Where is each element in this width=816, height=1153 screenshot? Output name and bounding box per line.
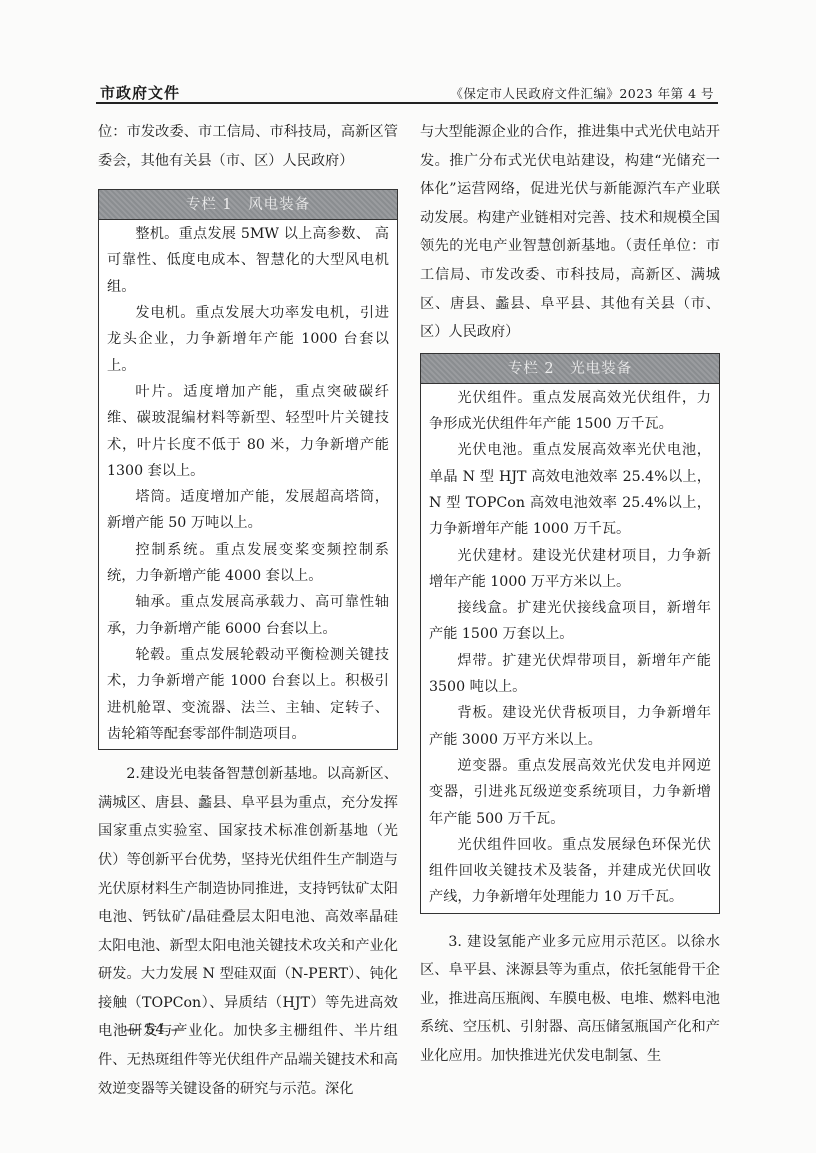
box-item: 接线盒。扩建光伏接线盒项目，新增年产能 1500 万套以上。 — [429, 595, 711, 648]
page-number: — 54 — — [125, 1022, 186, 1038]
box-item: 发电机。重点发展大功率发电机，引进龙头企业，力争新增年产能 1000 台套以上。 — [107, 300, 389, 379]
box-item: 光伏组件。重点发展高效光伏组件，力争形成光伏组件年产能 1500 万千瓦。 — [429, 385, 711, 438]
box-item: 塔筒。适度增加产能，发展超高塔筒，新增产能 50 万吨以上。 — [107, 484, 389, 537]
box-wind-power-equipment: 专栏 1 风电装备 整机。重点发展 5MW 以上高参数、 高可靠性、低度电成本、… — [98, 189, 398, 750]
box-item: 控制系统。重点发展变桨变频控制系统，力争新增产能 4000 套以上。 — [107, 537, 389, 590]
box-item: 逆变器。重点发展高效光伏发电并网逆变器，引进兆瓦级逆变系统项目，力争新增年产能 … — [429, 753, 711, 832]
box-item: 光伏电池。重点发展高效率光伏电池，单晶 N 型 HJT 高效电池效率 25.4%… — [429, 437, 711, 542]
box-item: 光伏建材。建设光伏建材项目，力争新增年产能 1000 万平方米以上。 — [429, 543, 711, 596]
section-2-paragraph: 2.建设光电装备智慧创新基地。以高新区、满城区、唐县、蠡县、阜平县为重点，充分发… — [98, 760, 398, 1103]
box-item: 轴承。重点发展高承载力、高可靠性轴承，力争新增产能 6000 台套以上。 — [107, 589, 389, 642]
page-header: 市政府文件 《保定市人民政府文件汇编》2023 年第 4 号 — [96, 80, 718, 104]
header-section-title: 市政府文件 — [100, 82, 180, 103]
box-item: 整机。重点发展 5MW 以上高参数、 高可靠性、低度电成本、智慧化的大型风电机组… — [107, 221, 389, 300]
box-item: 背板。建设光伏背板项目，力争新增年产能 3000 万平方米以上。 — [429, 700, 711, 753]
left-column: 位：市发改委、市工信局、市科技局，高新区管委会，其他有关县（市、区）人民政府） … — [98, 118, 398, 1103]
header-publication-title: 《保定市人民政府文件汇编》2023 年第 4 号 — [450, 84, 714, 102]
box-photovoltaic-equipment: 专栏 2 光电装备 光伏组件。重点发展高效光伏组件，力争形成光伏组件年产能 15… — [420, 353, 720, 914]
box-item: 叶片。适度增加产能，重点突破碳纤维、碳玻混编材料等新型、轻型叶片关键技术，叶片长… — [107, 379, 389, 484]
box-body: 光伏组件。重点发展高效光伏组件，力争形成光伏组件年产能 1500 万千瓦。 光伏… — [421, 384, 719, 913]
box-body: 整机。重点发展 5MW 以上高参数、 高可靠性、低度电成本、智慧化的大型风电机组… — [99, 220, 397, 749]
box-item: 轮毂。重点发展轮毂动平衡检测关键技术，力争新增产能 1000 台套以上。积极引进… — [107, 642, 389, 747]
section-3-paragraph: 3. 建设氢能产业多元应用示范区。以徐水区、阜平县、涞源县等为重点，依托氢能骨干… — [420, 928, 720, 1071]
box-item: 光伏组件回收。重点发展绿色环保光伏组件回收关键技术及装备，并建成光伏回收产线，力… — [429, 832, 711, 911]
box-title: 专栏 1 风电装备 — [99, 190, 397, 220]
intro-paragraph: 位：市发改委、市工信局、市科技局，高新区管委会，其他有关县（市、区）人民政府） — [98, 118, 398, 175]
right-column: 与大型能源企业的合作，推进集中式光伏电站开发。推广分布式光伏电站建设，构建“光储… — [420, 118, 720, 1071]
continuation-paragraph: 与大型能源企业的合作，推进集中式光伏电站开发。推广分布式光伏电站建设，构建“光储… — [420, 118, 720, 347]
box-item: 焊带。扩建光伏焊带项目，新增年产能 3500 吨以上。 — [429, 648, 711, 701]
box-title: 专栏 2 光电装备 — [421, 354, 719, 384]
